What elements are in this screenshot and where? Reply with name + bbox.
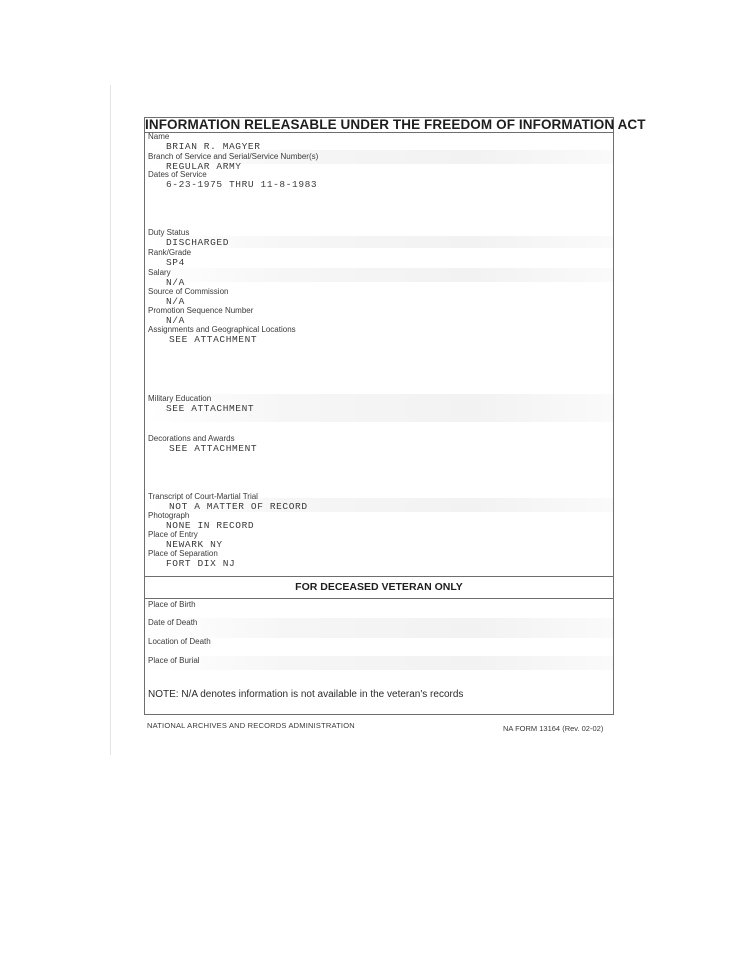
field-label: Duty Status bbox=[148, 228, 610, 237]
field-label: Dates of Service bbox=[148, 170, 610, 179]
field-dates-of-service: Dates of Service 6-23-1975 THRU 11-8-198… bbox=[148, 170, 610, 190]
field-label: Place of Entry bbox=[148, 530, 610, 539]
field-label: Source of Commission bbox=[148, 287, 610, 296]
field-label: Assignments and Geographical Locations bbox=[148, 325, 610, 334]
note-text: NOTE: N/A denotes information is not ava… bbox=[148, 689, 463, 701]
field-label: Salary bbox=[148, 268, 610, 277]
field-value: SP4 bbox=[148, 257, 610, 268]
field-name: Name BRIAN R. MAGYER bbox=[148, 132, 610, 152]
field-label: Transcript of Court-Martial Trial bbox=[148, 492, 610, 501]
field-military-education: Military Education SEE ATTACHMENT bbox=[148, 394, 610, 414]
footer-form-number: NA FORM 13164 (Rev. 02-02) bbox=[503, 724, 603, 733]
field-value: FORT DIX NJ bbox=[148, 558, 610, 569]
field-place-of-entry: Place of Entry NEWARK NY bbox=[148, 530, 610, 550]
field-value: DISCHARGED bbox=[148, 237, 610, 248]
field-label: Place of Separation bbox=[148, 549, 610, 558]
deceased-section-title: FOR DECEASED VETERAN ONLY bbox=[145, 577, 613, 598]
field-place-of-burial: Place of Burial bbox=[148, 656, 200, 665]
field-label: Rank/Grade bbox=[148, 248, 610, 257]
field-date-of-death: Date of Death bbox=[148, 618, 197, 627]
field-source-of-commission: Source of Commission N/A bbox=[148, 287, 610, 307]
field-label: Photograph bbox=[148, 511, 610, 520]
field-label: Branch of Service and Serial/Service Num… bbox=[148, 152, 610, 161]
field-place-of-separation: Place of Separation FORT DIX NJ bbox=[148, 549, 610, 569]
field-value: BRIAN R. MAGYER bbox=[148, 141, 610, 152]
field-place-of-birth: Place of Birth bbox=[148, 600, 196, 609]
scan-shading bbox=[145, 656, 613, 670]
field-location-of-death: Location of Death bbox=[148, 637, 211, 646]
field-label: Promotion Sequence Number bbox=[148, 306, 610, 315]
page-margin-line bbox=[110, 85, 111, 755]
foia-form: INFORMATION RELEASABLE UNDER THE FREEDOM… bbox=[144, 117, 614, 715]
scan-shading bbox=[145, 618, 613, 638]
field-value: SEE ATTACHMENT bbox=[148, 403, 610, 414]
field-duty-status: Duty Status DISCHARGED bbox=[148, 228, 610, 248]
field-salary: Salary N/A bbox=[148, 268, 610, 288]
field-value: SEE ATTACHMENT bbox=[148, 334, 610, 345]
field-label: Decorations and Awards bbox=[148, 434, 610, 443]
field-promotion-sequence-number: Promotion Sequence Number N/A bbox=[148, 306, 610, 326]
form-title: INFORMATION RELEASABLE UNDER THE FREEDOM… bbox=[145, 118, 613, 133]
field-value: SEE ATTACHMENT bbox=[148, 443, 610, 454]
field-rank-grade: Rank/Grade SP4 bbox=[148, 248, 610, 268]
footer-agency: NATIONAL ARCHIVES AND RECORDS ADMINISTRA… bbox=[147, 721, 355, 730]
field-decorations-awards: Decorations and Awards SEE ATTACHMENT bbox=[148, 434, 610, 454]
field-branch-of-service: Branch of Service and Serial/Service Num… bbox=[148, 152, 610, 172]
section-divider bbox=[145, 598, 613, 599]
field-court-martial-transcript: Transcript of Court-Martial Trial NOT A … bbox=[148, 492, 610, 512]
field-photograph: Photograph NONE IN RECORD bbox=[148, 511, 610, 531]
field-label: Military Education bbox=[148, 394, 610, 403]
field-value: 6-23-1975 THRU 11-8-1983 bbox=[148, 179, 610, 190]
field-assignments: Assignments and Geographical Locations S… bbox=[148, 325, 610, 345]
field-label: Name bbox=[148, 132, 610, 141]
